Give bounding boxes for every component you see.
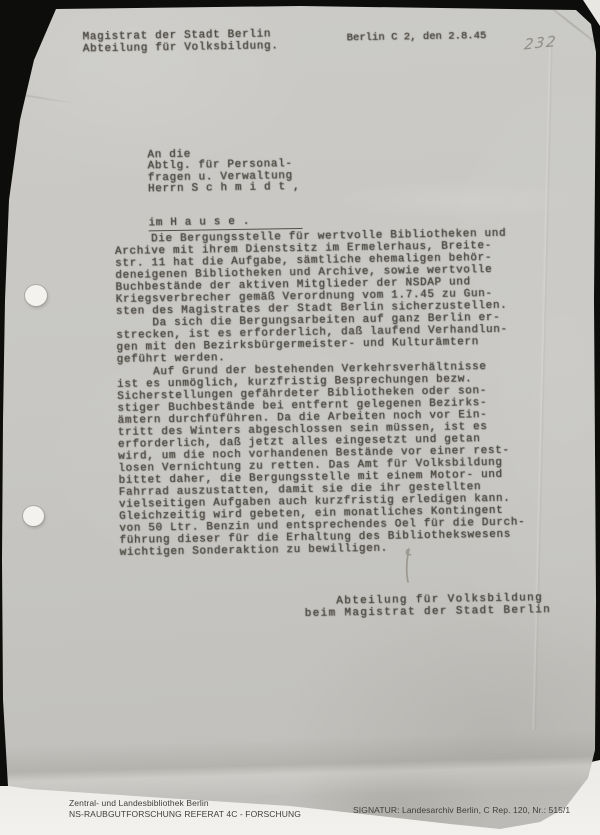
typed-content: Magistrat der Stadt Berlin Abteilung für… (0, 0, 600, 835)
footer-signature: SIGNATUR: Landesarchiv Berlin, C Rep. 12… (353, 805, 570, 816)
date-line: Berlin C 2, den 2.8.45 (347, 30, 487, 44)
letterhead: Magistrat der Stadt Berlin Abteilung für… (83, 29, 279, 55)
footer-project: NS-RAUBGUTFORSCHUNG REFERAT 4C - FORSCHU… (69, 809, 301, 820)
footer-institution: Zentral- und Landesbibliothek Berlin (69, 798, 301, 809)
scan-background: Magistrat der Stadt Berlin Abteilung für… (0, 0, 600, 835)
address-lines: An die Abtlg. für Personal- fragen u. Ve… (147, 148, 301, 196)
address-underlined-line: im H a u s e . (148, 216, 302, 231)
handwritten-page-number: 232 (523, 32, 557, 54)
body-text: Die Bergungsstelle für wertvolle Bibliot… (115, 228, 526, 560)
signature-block: Abteilung für Volksbildung beim Magistra… (304, 592, 551, 620)
pencil-check-mark-icon (397, 540, 419, 586)
footer-institution-block: Zentral- und Landesbibliothek Berlin NS-… (69, 798, 301, 819)
